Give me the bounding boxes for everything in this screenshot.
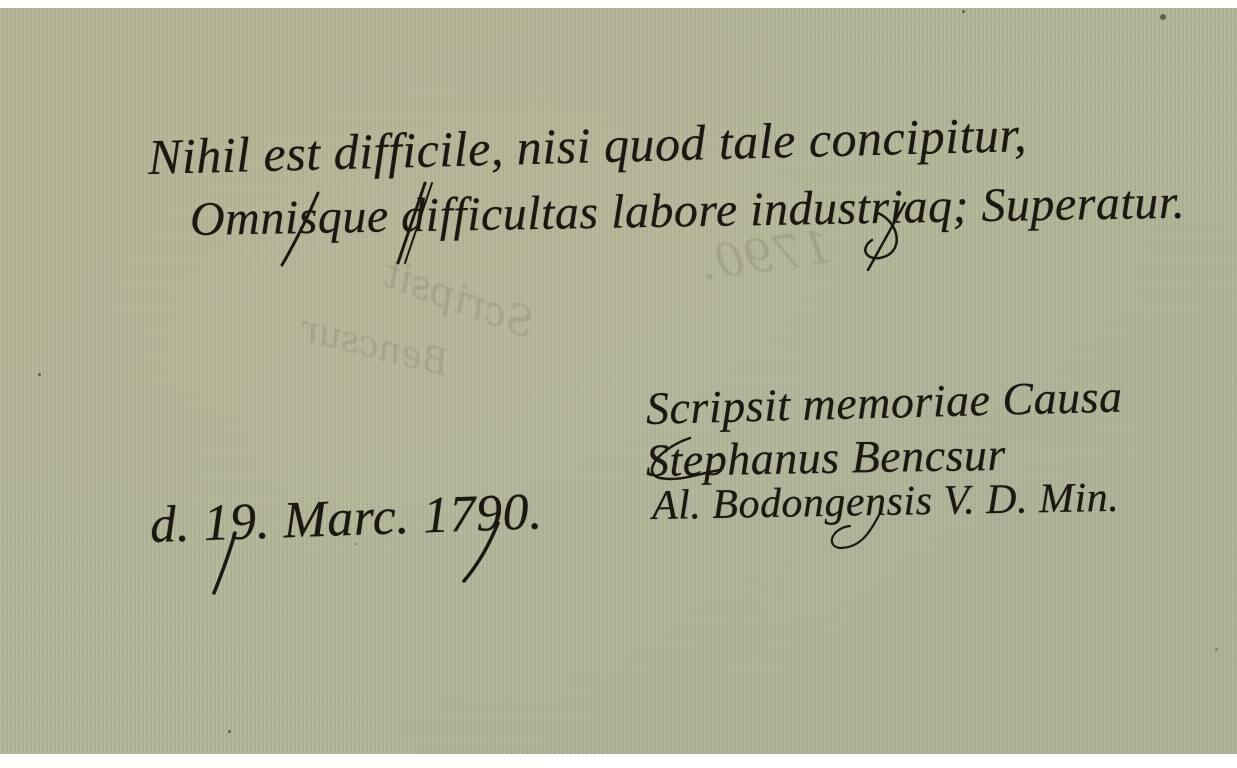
paper-speck	[962, 10, 965, 13]
paper-speck	[228, 730, 231, 733]
motto-line-1: Nihil est difficile, nisi quod tale conc…	[147, 105, 1027, 186]
motto-line-2: Omnisque difficultas labore industriaq; …	[190, 175, 1186, 247]
signature-line-1: Scripsit memoriae Causa	[645, 370, 1123, 435]
signature-title: Al. Bodongensis V. D. Min.	[652, 474, 1120, 530]
inscription-date: d. 19. Marc. 1790.	[149, 482, 544, 555]
manuscript-page: 1790. Scripsit Bencsur Nihil est diffici…	[0, 8, 1237, 754]
bleed-through-text: Bencsur	[297, 308, 452, 384]
paper-speck	[1215, 648, 1218, 651]
paper-speck	[38, 373, 41, 376]
paper-speck	[1160, 14, 1166, 20]
